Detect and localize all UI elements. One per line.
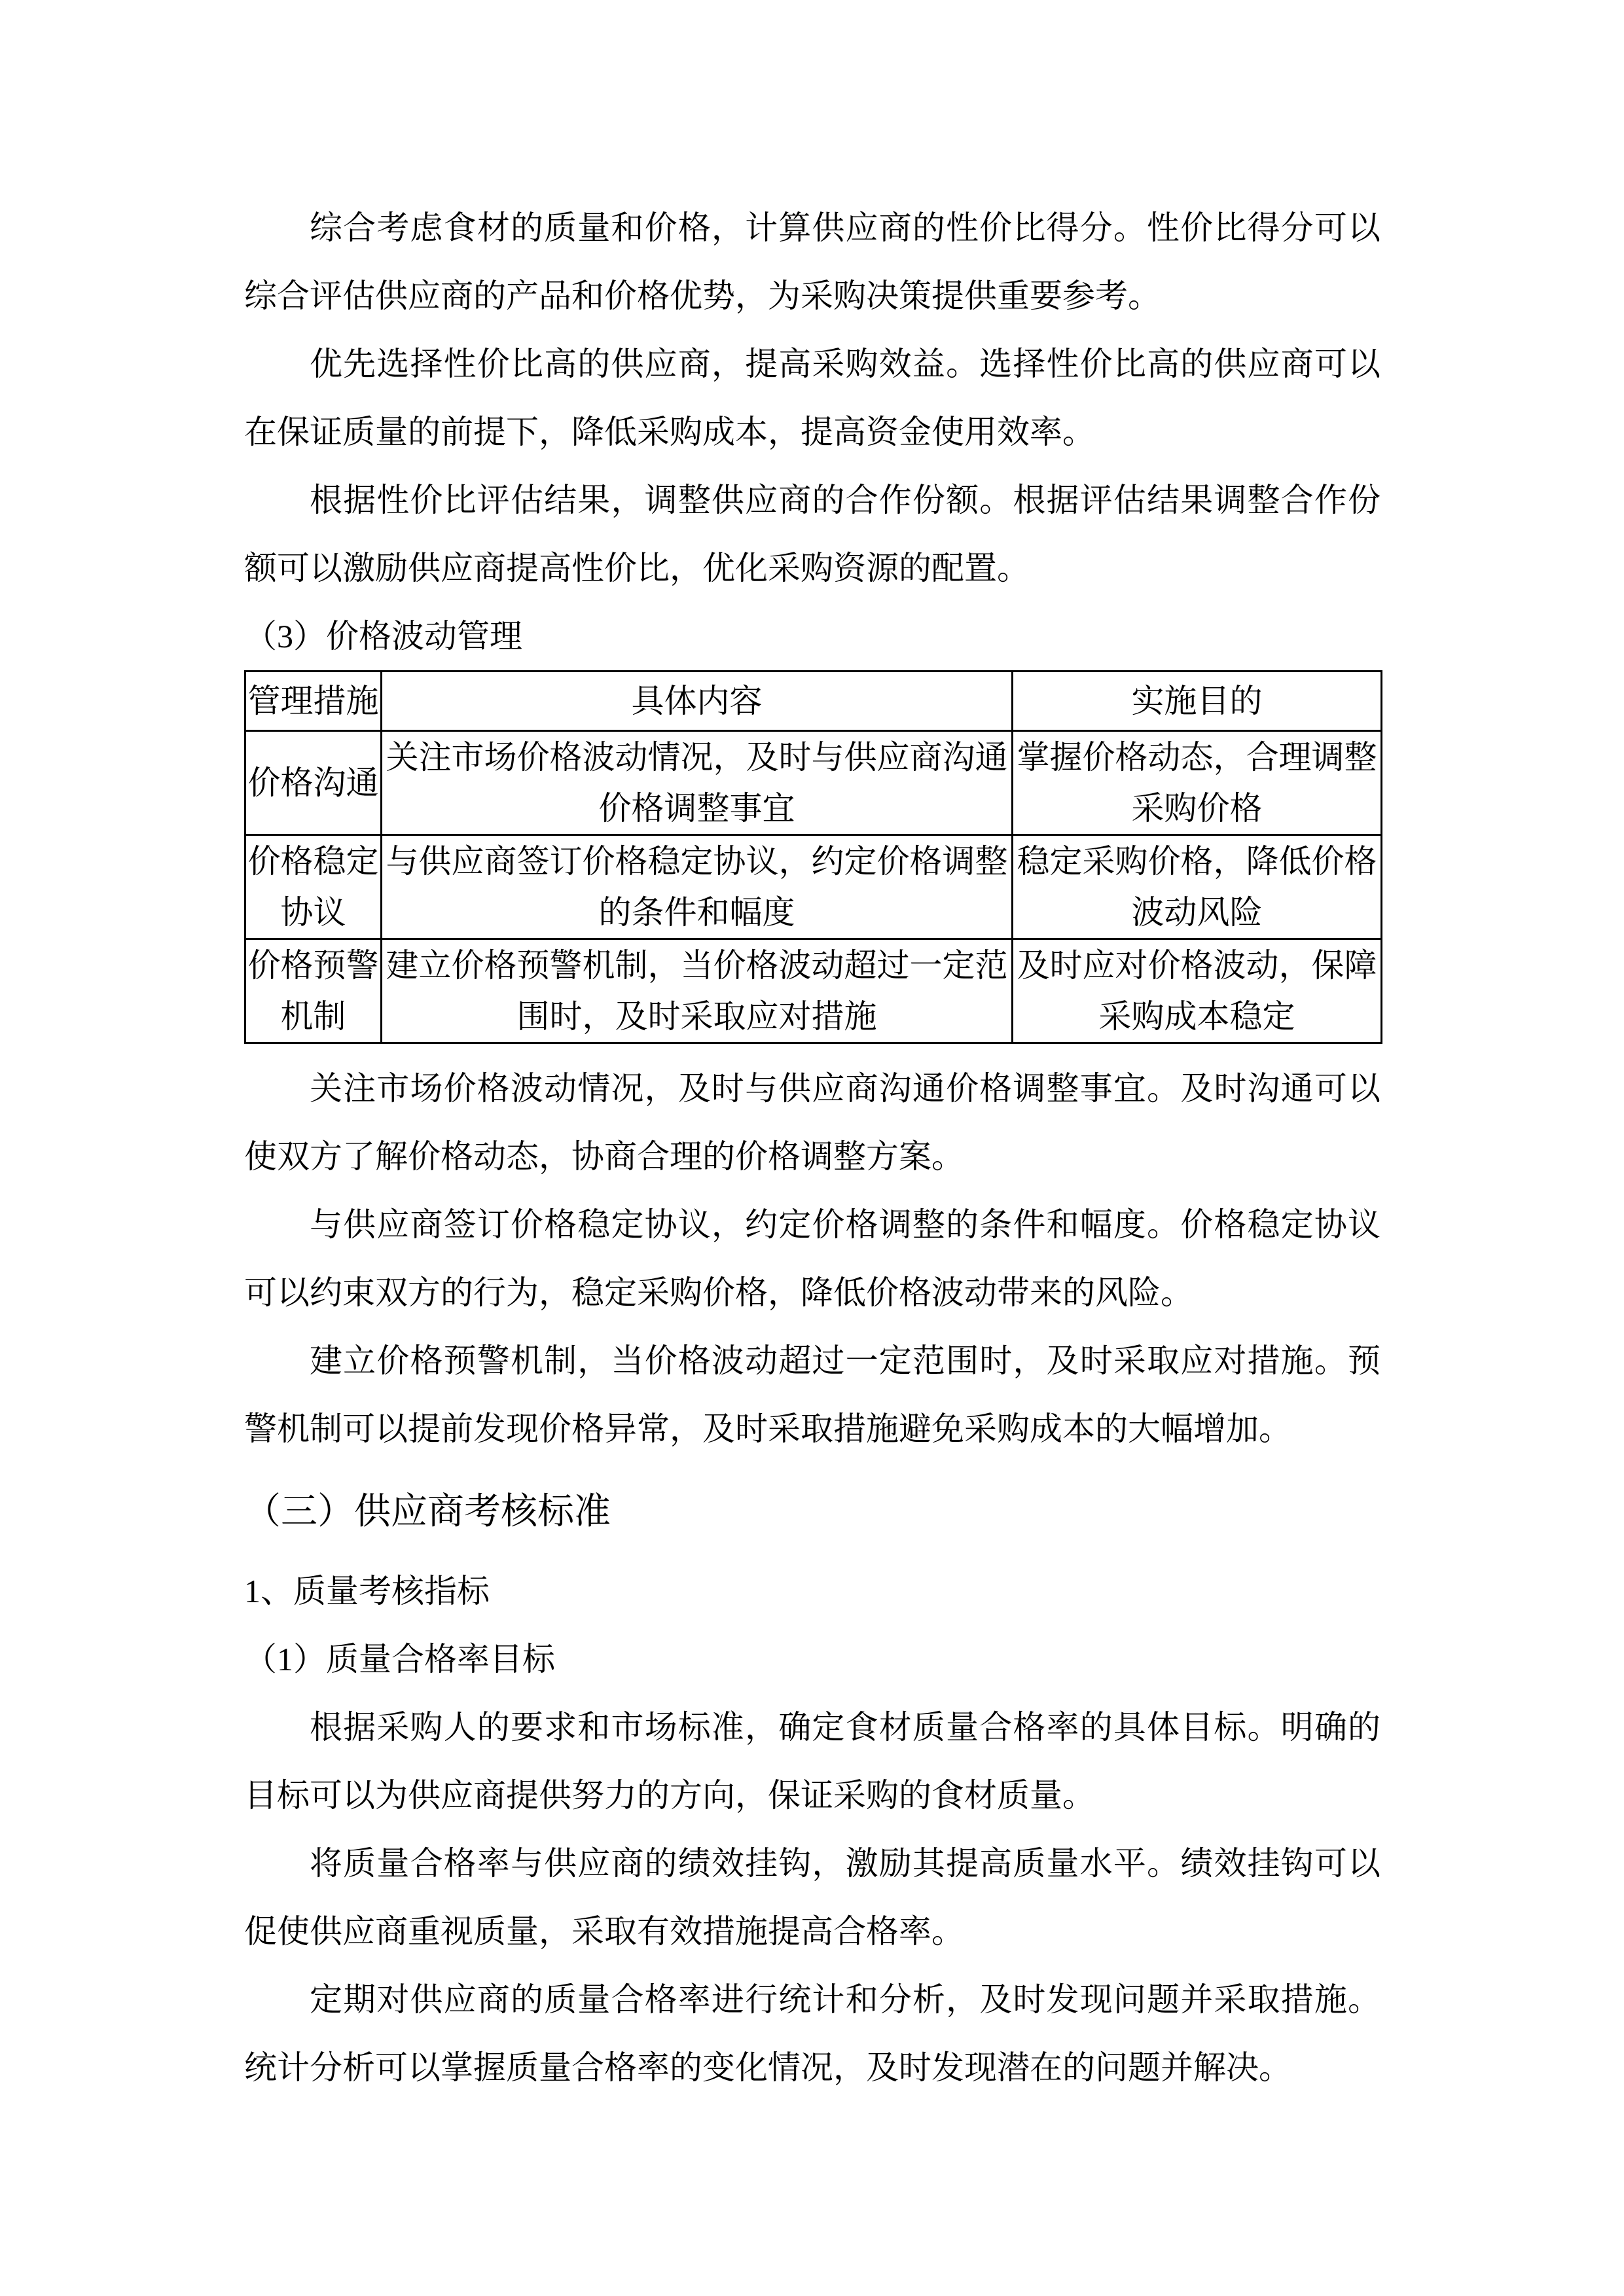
paragraph-price-agreement-detail: 与供应商签订价格稳定协议，约定价格调整的条件和幅度。价格稳定协议可以约束双方的行…: [244, 1191, 1380, 1327]
table-cell: 与供应商签订价格稳定协议，约定价格调整的条件和幅度: [382, 835, 1013, 939]
paragraph-price-communication-detail: 关注市场价格波动情况，及时与供应商沟通价格调整事宜。及时沟通可以使双方了解价格动…: [244, 1054, 1380, 1191]
paragraph-price-warning-detail: 建立价格预警机制，当价格波动超过一定范围时，及时采取应对措施。预警机制可以提前发…: [244, 1327, 1380, 1463]
paragraph-pass-rate-performance-link: 将质量合格率与供应商的绩效挂钩，激励其提高质量水平。绩效挂钩可以促使供应商重视质…: [244, 1829, 1380, 1965]
table-cell: 稳定采购价格，降低价格波动风险: [1013, 835, 1382, 939]
heading-price-fluctuation-management: （3）价格波动管理: [244, 602, 1380, 670]
price-fluctuation-table: 管理措施 具体内容 实施目的 价格沟通 关注市场价格波动情况，及时与供应商沟通价…: [244, 670, 1382, 1044]
table-cell: 价格稳定协议: [245, 835, 382, 939]
table-row-price-communication: 价格沟通 关注市场价格波动情况，及时与供应商沟通价格调整事宜 掌握价格动态，合理…: [245, 731, 1382, 835]
table-cell: 价格沟通: [245, 731, 382, 835]
table-header-purpose: 实施目的: [1013, 672, 1382, 731]
paragraph-prefer-high-value-supplier: 优先选择性价比高的供应商，提高采购效益。选择性价比高的供应商可以在保证质量的前提…: [244, 330, 1380, 466]
table-cell: 价格预警机制: [245, 939, 382, 1043]
table-cell: 掌握价格动态，合理调整采购价格: [1013, 731, 1382, 835]
heading-quality-pass-rate-target: （1）质量合格率目标: [244, 1625, 1380, 1693]
table-header-row: 管理措施 具体内容 实施目的: [245, 672, 1382, 731]
table-header-measure: 管理措施: [245, 672, 382, 731]
table-cell: 建立价格预警机制，当价格波动超过一定范围时，及时采取应对措施: [382, 939, 1013, 1043]
table-cell: 关注市场价格波动情况，及时与供应商沟通价格调整事宜: [382, 731, 1013, 835]
paragraph-pass-rate-statistics: 定期对供应商的质量合格率进行统计和分析，及时发现问题并采取措施。统计分析可以掌握…: [244, 1965, 1380, 2102]
document-page: 综合考虑食材的质量和价格，计算供应商的性价比得分。性价比得分可以综合评估供应商的…: [0, 0, 1624, 2296]
table-row-price-warning-mechanism: 价格预警机制 建立价格预警机制，当价格波动超过一定范围时，及时采取应对措施 及时…: [245, 939, 1382, 1043]
document-content: 综合考虑食材的质量和价格，计算供应商的性价比得分。性价比得分可以综合评估供应商的…: [0, 0, 1624, 2102]
paragraph-adjust-cooperation-share: 根据性价比评估结果，调整供应商的合作份额。根据评估结果调整合作份额可以激励供应商…: [244, 466, 1380, 602]
heading-quality-assessment-index: 1、质量考核指标: [244, 1557, 1380, 1625]
post-table-paragraphs: 关注市场价格波动情况，及时与供应商沟通价格调整事宜。及时沟通可以使双方了解价格动…: [244, 1054, 1380, 1463]
paragraph-cost-performance-score: 综合考虑食材的质量和价格，计算供应商的性价比得分。性价比得分可以综合评估供应商的…: [244, 194, 1380, 330]
heading-supplier-assessment-standard: （三）供应商考核标准: [244, 1472, 1380, 1552]
table-row-price-stability-agreement: 价格稳定协议 与供应商签订价格稳定协议，约定价格调整的条件和幅度 稳定采购价格，…: [245, 835, 1382, 939]
paragraph-pass-rate-target: 根据采购人的要求和市场标准，确定食材质量合格率的具体目标。明确的目标可以为供应商…: [244, 1693, 1380, 1829]
table-cell: 及时应对价格波动，保障采购成本稳定: [1013, 939, 1382, 1043]
table-header-content: 具体内容: [382, 672, 1013, 731]
